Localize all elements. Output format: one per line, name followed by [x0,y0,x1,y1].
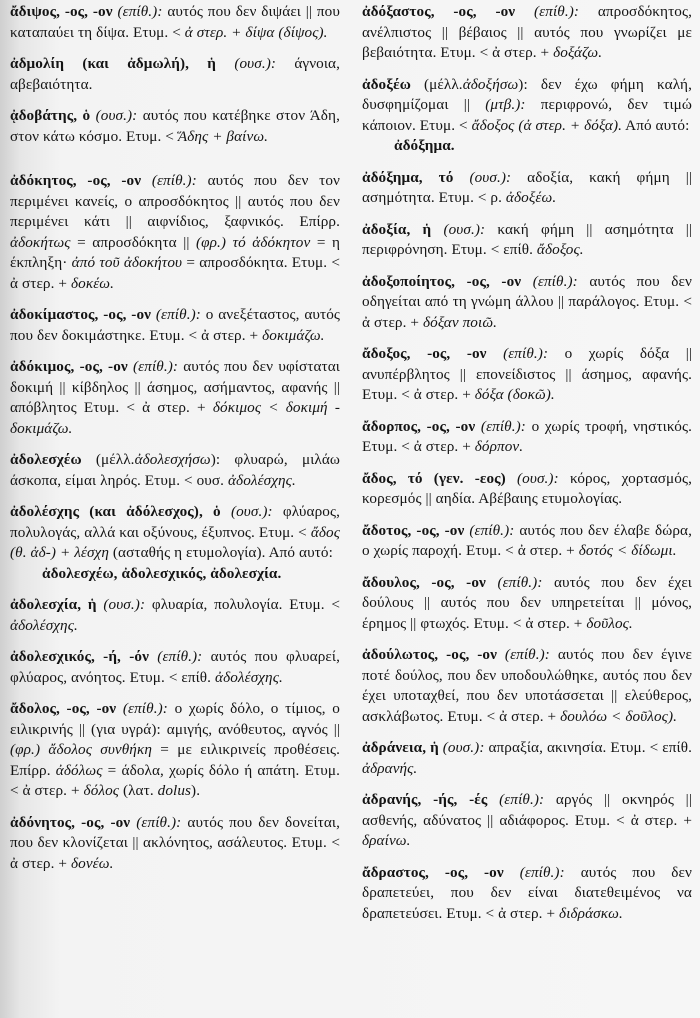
headword: ἀδόξαστος, -ος, -ον [362,3,515,20]
latin-word: dolus [158,782,191,799]
etymology: διδράσκω. [559,905,623,922]
part-of-speech: (ουσ.): [234,55,276,72]
headword: ἀδοξία, ἡ [362,221,431,238]
headword: ἀδοκίμαστος, -ος, -ον [10,306,151,323]
headword: ἄδραστος, -ος, -ον [362,864,504,881]
entry-adoxos: ἄδοξος, -ος, -ον (επίθ.): ο χωρίς δόξα |… [362,344,692,406]
part-of-speech: (επίθ.): [136,814,181,831]
entry-adrastos: ἄδραστος, -ος, -ον (επίθ.): αυτός που δε… [362,863,692,925]
etymology: δόρπον. [475,438,523,455]
headword: ἄδος, τό (γεν. -εος) [362,470,506,487]
adverb: ἀδόλως [56,762,103,779]
part-of-speech: (ουσ.): [96,107,138,124]
etymology: δοῦλος. [586,615,632,632]
part-of-speech: (επίθ.): [481,418,526,435]
etymology: δόξαν ποιῶ. [423,314,497,331]
part-of-speech: (επίθ.): [533,273,578,290]
etymology: ἀδρανής. [362,760,417,777]
entry-adoketos: ἀδόκητος, -ος, -ον (επίθ.): αυτός που δε… [10,171,340,294]
spacer [10,158,340,171]
part-of-speech: (ουσ.): [443,221,485,238]
derived-words: ἀδόξημα. [362,136,692,157]
part-of-speech: (επίθ.): [469,522,514,539]
entry-adokimastos: ἀδοκίμαστος, -ος, -ον (επίθ.): ο ανεξέτα… [10,305,340,346]
definition-2: (ασταθής η ετυμολογία). Από αυτό: [113,544,333,561]
etymology: δοκέω. [71,275,114,292]
entry-ados: ἄδος, τό (γεν. -εος) (ουσ.): κόρος, χορτ… [362,469,692,510]
etymology: ἀδολέσχης. [215,669,283,686]
entry-adoleschia: ἀδολεσχία, ἡ (ουσ.): φλυαρία, πολυλογία.… [10,595,340,636]
part-of-speech: (επίθ.): [505,646,550,663]
entry-adorpos: ἄδορπος, -ος, -ον (επίθ.): ο χωρίς τροφή… [362,417,692,458]
part-of-speech: (επίθ.): [123,700,168,717]
etymology: ἄδοξος. [537,241,584,258]
part-of-speech: (επίθ.): [534,3,579,20]
dictionary-page: ἄδιψος, -ος, -ον (επίθ.): αυτός που δεν … [0,0,700,1018]
entry-adoxeo: ἀδοξέω (μέλλ.ἀδοξήσω): δεν έχω φήμη καλή… [362,75,692,157]
entry-adonetos: ἀδόνητος, -ος, -ον (επίθ.): αυτός που δε… [10,813,340,875]
entry-adokimos: ἀδόκιμος, -ος, -ον (επίθ.): αυτός που δε… [10,357,340,439]
phrase-2: ἀπό τοῦ ἀδοκήτου [72,254,182,271]
entry-adoulotos: ἀδούλωτος, -ος, -ον (επίθ.): αυτός που δ… [362,645,692,727]
etymology: δοξάζω. [553,44,602,61]
future-label: (μέλλ. [96,451,135,468]
etymology: ἄδοξος (ἀ στερ. + δόξα). [472,117,622,134]
part-of-speech: (επίθ.): [497,574,542,591]
headword: ἀδολεσχέω [10,451,82,468]
phrase: (φρ.) τό ἀδόκητον [196,234,310,251]
entry-adraneia: ἀδράνεια, ἡ (ουσ.): απραξία, ακινησία. Ε… [362,738,692,779]
headword: ἀδμολίη (και ἀδμωλή), ἡ [10,55,216,72]
part-of-speech: (επίθ.): [156,306,201,323]
entry-adobates: ᾀδοβάτης, ὁ (ουσ.): αυτός που κατέβηκε σ… [10,106,340,147]
part-of-speech: (επίθ.): [157,648,202,665]
headword: ἀδολεσχικός, -ή, -όν [10,648,149,665]
entry-adoleschis: ἀδολέσχης (και ἀδόλεσχος), ὁ (ουσ.): φλύ… [10,502,340,584]
entry-adotos: ἄδοτος, -ος, -ον (επίθ.): αυτός που δεν … [362,521,692,562]
entry-adoleschéo: ἀδολεσχέω (μέλλ.ἀδολεσχήσω): φλυαρώ, μιλ… [10,450,340,491]
etymology: ἀδολέσχης. [10,617,78,634]
headword: ἄδολος, -ος, -ον [10,700,116,717]
definition-3: Από αυτό: [625,117,689,134]
etymology: δονέω. [71,855,114,872]
phrase: (φρ.) ἄδολος συνθήκη [10,741,152,758]
headword: ἀδοξέω [362,76,411,93]
entry-adoxia: ἀδοξία, ἡ (ουσ.): κακή φήμη || ασημότητα… [362,220,692,261]
adverb: ἀδοκήτως [10,234,71,251]
etymology: δραίνω. [362,832,411,849]
part-of-speech: (ουσ.): [231,503,273,520]
entry-adranes: ἀδρανής, -ής, -ές (επίθ.): αργός || οκνη… [362,790,692,852]
part-of-speech: (ουσ.): [443,739,485,756]
entry-adoleschikos: ἀδολεσχικός, -ή, -όν (επίθ.): αυτός που … [10,647,340,688]
entry-adolos: ἄδολος, -ος, -ον (επίθ.): ο χωρίς δόλο, … [10,699,340,802]
part-of-speech: (ουσ.): [469,169,511,186]
closing: ). [191,782,200,799]
part-of-speech: (επίθ.): [152,172,197,189]
entry-admolie: ἀδμολίη (και ἀδμωλή), ἡ (ουσ.): άγνοια, … [10,54,340,95]
left-column: ἄδιψος, -ος, -ον (επίθ.): αυτός που δεν … [10,0,340,885]
entry-adipsos: ἄδιψος, -ος, -ον (επίθ.): αυτός που δεν … [10,2,340,43]
headword: ἀδούλωτος, -ος, -ον [362,646,497,663]
etymology: ἀδοξέω. [506,189,556,206]
part-of-speech: (επίθ.): [499,791,544,808]
future-form: ἀδολεσχήσω [135,451,211,468]
headword: ἄδουλος, -ος, -ον [362,574,486,591]
headword: ἀδρανής, -ής, -ές [362,791,487,808]
definition: απραξία, ακινησία. Ετυμ. < επίθ. [488,739,692,756]
headword: ἀδράνεια, ἡ [362,739,439,756]
part-of-speech: (ουσ.): [517,470,559,487]
etymology: δοκιμάζω. [262,327,324,344]
part-of-speech: (επίθ.): [503,345,548,362]
headword: ἀδόκιμος, -ος, -ον [10,358,128,375]
entry-adoxema: ἀδόξημα, τό (ουσ.): αδοξία, κακή φήμη ||… [362,168,692,209]
headword: ἀδολέσχης (και ἀδόλεσχος), ὁ [10,503,221,520]
transitive-label: (μτβ.): [485,96,525,113]
right-column: ἀδόξαστος, -ος, -ον (επίθ.): απροσδόκητο… [362,0,692,935]
derived-words: ἀδολεσχέω, ἀδολεσχικός, ἀδολεσχία. [10,564,340,585]
definition-2: = απροσδόκητα || [77,234,189,251]
etymology: ἀ στερ. + δίψα (δίψος). [185,24,328,41]
etymology: ἀδολέσχης. [228,472,296,489]
definition-4: (λατ. [123,782,154,799]
etymology: δοτός < δίδωμι. [579,542,677,559]
headword: ἄδορπος, -ος, -ον [362,418,475,435]
headword: ἄδιψος, -ος, -ον [10,3,113,20]
part-of-speech: (επίθ.): [133,358,178,375]
headword: ἀδόκητος, -ος, -ον [10,172,141,189]
headword: ἄδοτος, -ος, -ον [362,522,464,539]
headword: ἀδόνητος, -ος, -ον [10,814,130,831]
etymology: δόλος [84,782,120,799]
future-form: ἀδοξήσω [463,76,519,93]
entry-adoxastos: ἀδόξαστος, -ος, -ον (επίθ.): απροσδόκητο… [362,2,692,64]
headword: ἄδοξος, -ος, -ον [362,345,487,362]
headword: ἀδολεσχία, ἡ [10,596,97,613]
definition: φλυαρία, πολυλογία. Ετυμ. < [152,596,340,613]
headword: ἀδόξημα, τό [362,169,453,186]
etymology: δόξα (δοκῶ). [475,386,555,403]
etymology: Ἅδης + βαίνω. [178,128,268,145]
entry-adoxopoietos: ἀδοξοποίητος, -ος, -ον (επίθ.): αυτός πο… [362,272,692,334]
part-of-speech: (επίθ.): [117,3,162,20]
headword: ᾀδοβάτης, ὁ [10,107,90,124]
headword: ἀδοξοποίητος, -ος, -ον [362,273,521,290]
future-label: (μέλλ. [424,76,463,93]
entry-adoulos: ἄδουλος, -ος, -ον (επίθ.): αυτός που δεν… [362,573,692,635]
etymology: δουλόω < δοῦλος). [560,708,677,725]
part-of-speech: (ουσ.): [103,596,145,613]
part-of-speech: (επίθ.): [520,864,565,881]
